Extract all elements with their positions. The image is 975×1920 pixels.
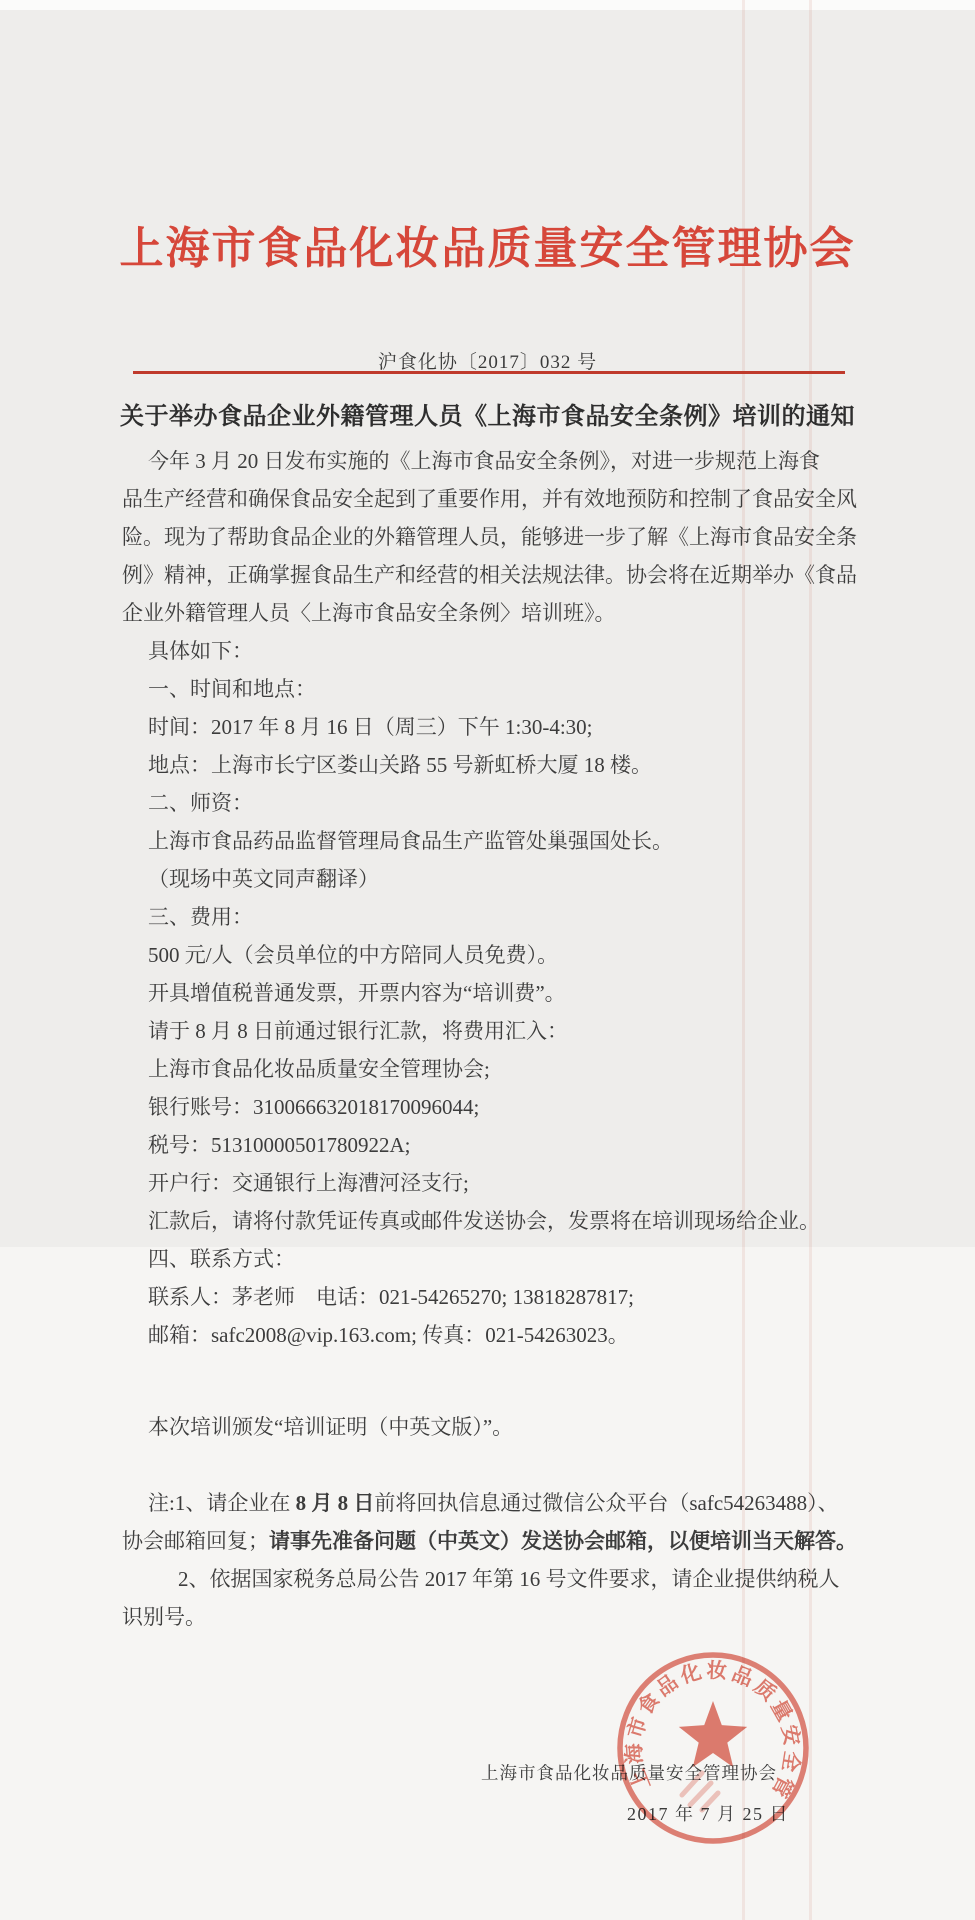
body-line: 邮箱：safc2008@vip.163.com; 传真：021-54263023… <box>122 1316 867 1354</box>
org-title: 上海市食品化妆品质量安全管理协会 <box>0 212 975 276</box>
body-text: 本次培训颁发“培训证明（中英文版）”。 <box>148 1415 513 1439</box>
body-line: 上海市食品药品监督管理局食品生产监管处巢强国处长。 <box>122 822 867 860</box>
body-text: 前将回执信息通过微信公众平台（safc54263488）、 <box>374 1491 838 1515</box>
body-text: 邮箱：safc2008@vip.163.com; 传真：021-54263023… <box>148 1323 629 1347</box>
body-line: 注:1、请企业在 8 月 8 日前将回执信息通过微信公众平台（safc54263… <box>122 1484 867 1522</box>
body-text: 上海市食品化妆品质量安全管理协会; <box>148 1057 490 1081</box>
body-line: 例》精神，正确掌握食品生产和经营的相关法规法律。协会将在近期举办《食品 <box>122 556 867 594</box>
body-text: 汇款后，请将付款凭证传真或邮件发送协会，发票将在培训现场给企业。 <box>148 1209 820 1233</box>
body-line: 品生产经营和确保食品安全起到了重要作用，并有效地预防和控制了食品安全风 <box>122 480 867 518</box>
body-line: 四、联系方式： <box>122 1240 867 1278</box>
body-text: 具体如下： <box>148 639 253 663</box>
body-line: 银行账号：310066632018170096044; <box>122 1088 867 1126</box>
body-line: 一、时间和地点： <box>122 670 867 708</box>
body-line: 三、费用： <box>122 898 867 936</box>
body-line: 今年 3 月 20 日发布实施的《上海市食品安全条例》，对进一步规范上海食 <box>122 442 867 480</box>
body-text: 上海市食品药品监督管理局食品生产监管处巢强国处长。 <box>148 829 673 853</box>
body-line: 险。现为了帮助食品企业的外籍管理人员，能够进一步了解《上海市食品安全条 <box>122 518 867 556</box>
body-line: 地点：上海市长宁区娄山关路 55 号新虹桥大厦 18 楼。 <box>122 746 867 784</box>
body-line: 税号：51310000501780922A; <box>122 1126 867 1164</box>
document-body: 今年 3 月 20 日发布实施的《上海市食品安全条例》，对进一步规范上海食品生产… <box>122 442 867 1636</box>
scanned-notice-page: 上海市食品化妆品质量安全管理协会 沪食化协〔2017〕032 号 关于举办食品企… <box>0 0 975 1920</box>
scan-top-white-strip <box>0 0 975 10</box>
body-text: 税号：51310000501780922A; <box>148 1133 411 1157</box>
body-text: 开户行：交通银行上海漕河泾支行; <box>148 1171 469 1195</box>
body-text: 例》精神，正确掌握食品生产和经营的相关法规法律。协会将在近期举办《食品 <box>122 563 857 587</box>
body-text: 地点：上海市长宁区娄山关路 55 号新虹桥大厦 18 楼。 <box>148 753 652 777</box>
body-line: 企业外籍管理人员〈上海市食品安全条例〉培训班》。 <box>122 594 867 632</box>
doc-number: 沪食化协〔2017〕032 号 <box>0 347 975 374</box>
body-text: 2、依据国家税务总局公告 2017 年第 16 号文件要求，请企业提供纳税人 <box>178 1567 840 1591</box>
body-text: 险。现为了帮助食品企业的外籍管理人员，能够进一步了解《上海市食品安全条 <box>122 525 857 549</box>
body-line: 二、师资： <box>122 784 867 822</box>
body-line: 本次培训颁发“培训证明（中英文版）”。 <box>122 1408 867 1446</box>
body-line: 500 元/人（会员单位的中方陪同人员免费）。 <box>122 936 867 974</box>
body-text: 时间：2017 年 8 月 16 日（周三）下午 1:30-4:30; <box>148 715 593 739</box>
body-line: 请于 8 月 8 日前通过银行汇款，将费用汇入： <box>122 1012 867 1050</box>
body-line: 具体如下： <box>122 632 867 670</box>
body-text: 企业外籍管理人员〈上海市食品安全条例〉培训班》。 <box>122 601 616 625</box>
body-text: 识别号。 <box>122 1605 206 1629</box>
seal-inner-smudge <box>682 1773 718 1810</box>
body-text: （现场中英文同声翻译） <box>148 867 379 891</box>
body-line: 开具增值税普通发票，开票内容为“培训费”。 <box>122 974 867 1012</box>
body-text: 注:1、请企业在 <box>148 1491 296 1515</box>
body-line: 2、依据国家税务总局公告 2017 年第 16 号文件要求，请企业提供纳税人 <box>122 1560 867 1598</box>
body-text: 今年 3 月 20 日发布实施的《上海市食品安全条例》，对进一步规范上海食 <box>148 449 820 473</box>
body-text: 一、时间和地点： <box>148 677 316 701</box>
body-text: 三、费用： <box>148 905 253 929</box>
body-line: 汇款后，请将付款凭证传真或邮件发送协会，发票将在培训现场给企业。 <box>122 1202 867 1240</box>
body-text: 协会邮箱回复； <box>122 1529 269 1553</box>
body-text: 品生产经营和确保食品安全起到了重要作用，并有效地预防和控制了食品安全风 <box>122 487 857 511</box>
body-line: 协会邮箱回复；请事先准备问题（中英文）发送协会邮箱，以便培训当天解答。 <box>122 1522 867 1560</box>
seal-star <box>679 1701 747 1767</box>
body-line: 开户行：交通银行上海漕河泾支行; <box>122 1164 867 1202</box>
body-line: 识别号。 <box>122 1598 867 1636</box>
body-text: 二、师资： <box>148 791 253 815</box>
body-text-bold: 请事先准备问题（中英文）发送协会邮箱，以便培训当天解答。 <box>269 1529 857 1553</box>
body-text: 联系人：茅老师 电话：021-54265270; 13818287817; <box>148 1285 634 1309</box>
body-text: 请于 8 月 8 日前通过银行汇款，将费用汇入： <box>148 1019 568 1043</box>
body-line: 时间：2017 年 8 月 16 日（周三）下午 1:30-4:30; <box>122 708 867 746</box>
body-line: 上海市食品化妆品质量安全管理协会; <box>122 1050 867 1088</box>
body-text: 四、联系方式： <box>148 1247 295 1271</box>
body-text: 银行账号：310066632018170096044; <box>148 1095 479 1119</box>
body-text-bold: 8 月 8 日 <box>296 1491 375 1515</box>
official-seal-stamp: 上海市食品化妆品质量安全管理协会 <box>610 1645 816 1851</box>
red-rule-divider <box>133 371 845 374</box>
body-line: （现场中英文同声翻译） <box>122 860 867 898</box>
body-text: 开具增值税普通发票，开票内容为“培训费”。 <box>148 981 566 1005</box>
notice-heading: 关于举办食品企业外籍管理人员《上海市食品安全条例》培训的通知 <box>0 396 975 431</box>
body-line: 联系人：茅老师 电话：021-54265270; 13818287817; <box>122 1278 867 1316</box>
body-blank-line <box>122 1354 867 1392</box>
body-text: 500 元/人（会员单位的中方陪同人员免费）。 <box>148 943 558 967</box>
body-blank-line <box>122 1446 867 1484</box>
